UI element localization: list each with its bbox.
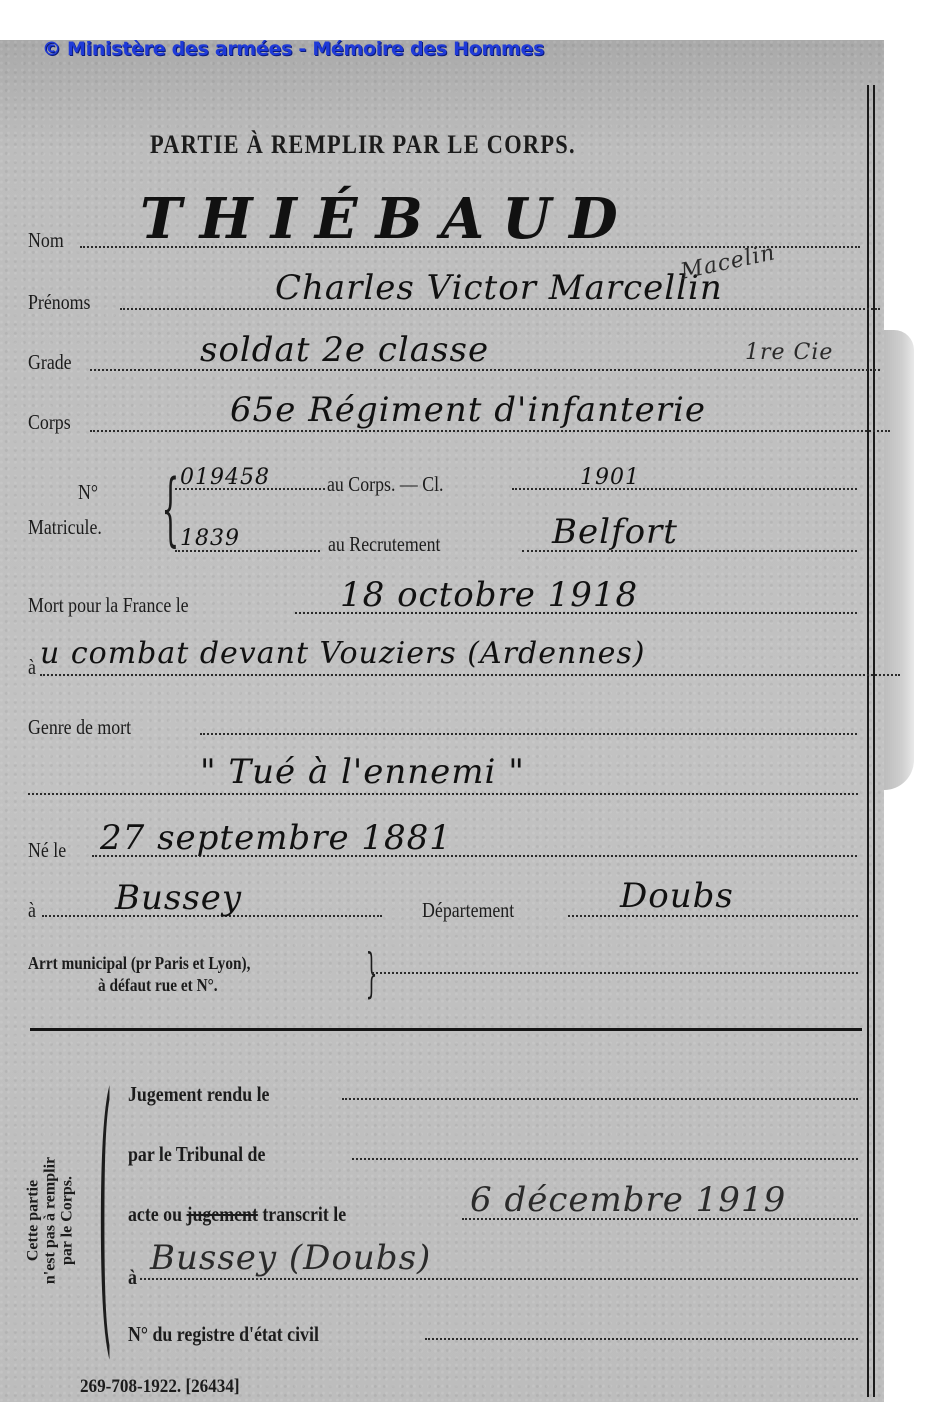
- recrutement-label: au Recrutement: [328, 532, 441, 557]
- transcrit-label-b: transcrit le: [262, 1202, 346, 1226]
- nom-value: THIÉBAUD: [140, 186, 636, 252]
- side-note-line-1: Cette partie: [25, 1101, 42, 1341]
- matricule-corps-value: 019458: [180, 465, 270, 490]
- departement-value: Doubs: [620, 876, 734, 916]
- arr-municipal-brace: }: [366, 944, 378, 1004]
- side-note-line-3: par le Corps.: [59, 1101, 76, 1341]
- transcrit-label-a: acte ou: [128, 1202, 182, 1226]
- tribunal-line: [352, 1158, 858, 1160]
- corps-label: Corps: [28, 410, 71, 435]
- corps-line: [90, 430, 890, 432]
- tribunal-label: par le Tribunal de: [128, 1142, 265, 1167]
- registre-line: [425, 1338, 858, 1340]
- genre-mort-line-2: [28, 793, 858, 795]
- form-reference: 269-708-1922. [26434]: [80, 1376, 240, 1398]
- torn-paper-edge: [884, 330, 914, 790]
- margin-rule-2: [873, 85, 875, 1397]
- ne-a-value: Bussey: [115, 878, 242, 918]
- matricule-corps-label: au Corps. — Cl.: [327, 472, 444, 497]
- prenoms-value: Charles Victor Marcellin: [275, 268, 723, 308]
- side-note-line-2: n'est pas à remplir: [42, 1101, 59, 1341]
- departement-label: Département: [422, 898, 514, 923]
- matricule-brace: {: [162, 462, 180, 555]
- section-divider: [30, 1028, 862, 1031]
- mort-label: Mort pour la France le: [28, 593, 189, 618]
- jugement-line: [342, 1098, 858, 1100]
- recrutement-value: 1839: [180, 526, 240, 551]
- prenoms-label: Prénoms: [28, 290, 90, 315]
- corps-value: 65e Régiment d'infanterie: [230, 390, 706, 430]
- prenoms-line: [120, 308, 880, 310]
- arr-municipal-line: [372, 972, 858, 974]
- matricule-label: Matricule.: [28, 515, 102, 540]
- lieu-mort-value: u combat devant Vouziers (Ardennes): [40, 636, 645, 671]
- ne-a-label: à: [28, 898, 36, 923]
- side-note: Cette partie n'est pas à remplir par le …: [25, 1101, 76, 1341]
- arr-municipal-label-2: à défaut rue et N°.: [98, 975, 218, 996]
- margin-rule-1: [867, 85, 869, 1397]
- transcrit-label-struck: jugement: [187, 1202, 258, 1226]
- arr-municipal-label: Arrt municipal (pr Paris et Lyon),: [28, 953, 250, 974]
- nom-label: Nom: [28, 228, 64, 253]
- genre-mort-label: Genre de mort: [28, 715, 131, 740]
- classe-line: [512, 488, 857, 490]
- lieu-transcription-line: [140, 1278, 858, 1280]
- grade-label: Grade: [28, 350, 72, 375]
- copyright-watermark: © Ministère des armées - Mémoire des Hom…: [42, 38, 544, 60]
- grade-value: soldat 2e classe: [200, 330, 489, 370]
- transcrit-label: acte ou jugement transcrit le: [128, 1202, 346, 1227]
- ne-le-value: 27 septembre 1881: [100, 818, 452, 858]
- form-heading: PARTIE À REMPLIR PAR LE CORPS.: [150, 130, 666, 160]
- transcrit-value: 6 décembre 1919: [470, 1180, 786, 1220]
- genre-mort-line: [200, 733, 857, 735]
- recrutement-place: Belfort: [552, 512, 678, 552]
- lieu-mort-line: [40, 674, 900, 676]
- lieu-transcription-label: à: [128, 1265, 137, 1290]
- genre-mort-value: " Tué à l'ennemi ": [200, 752, 525, 792]
- mort-value: 18 octobre 1918: [340, 575, 638, 615]
- registre-label: N° du registre d'état civil: [128, 1322, 319, 1347]
- lieu-transcription-value: Bussey (Doubs): [150, 1238, 431, 1278]
- matricule-no-label: N°: [78, 480, 98, 505]
- classe-value: 1901: [580, 465, 640, 490]
- lower-brace: (: [98, 1060, 112, 1360]
- grade-annotation: 1re Cie: [745, 340, 833, 365]
- lieu-mort-label: à: [28, 655, 36, 680]
- ne-le-label: Né le: [28, 838, 66, 863]
- jugement-label: Jugement rendu le: [128, 1082, 269, 1107]
